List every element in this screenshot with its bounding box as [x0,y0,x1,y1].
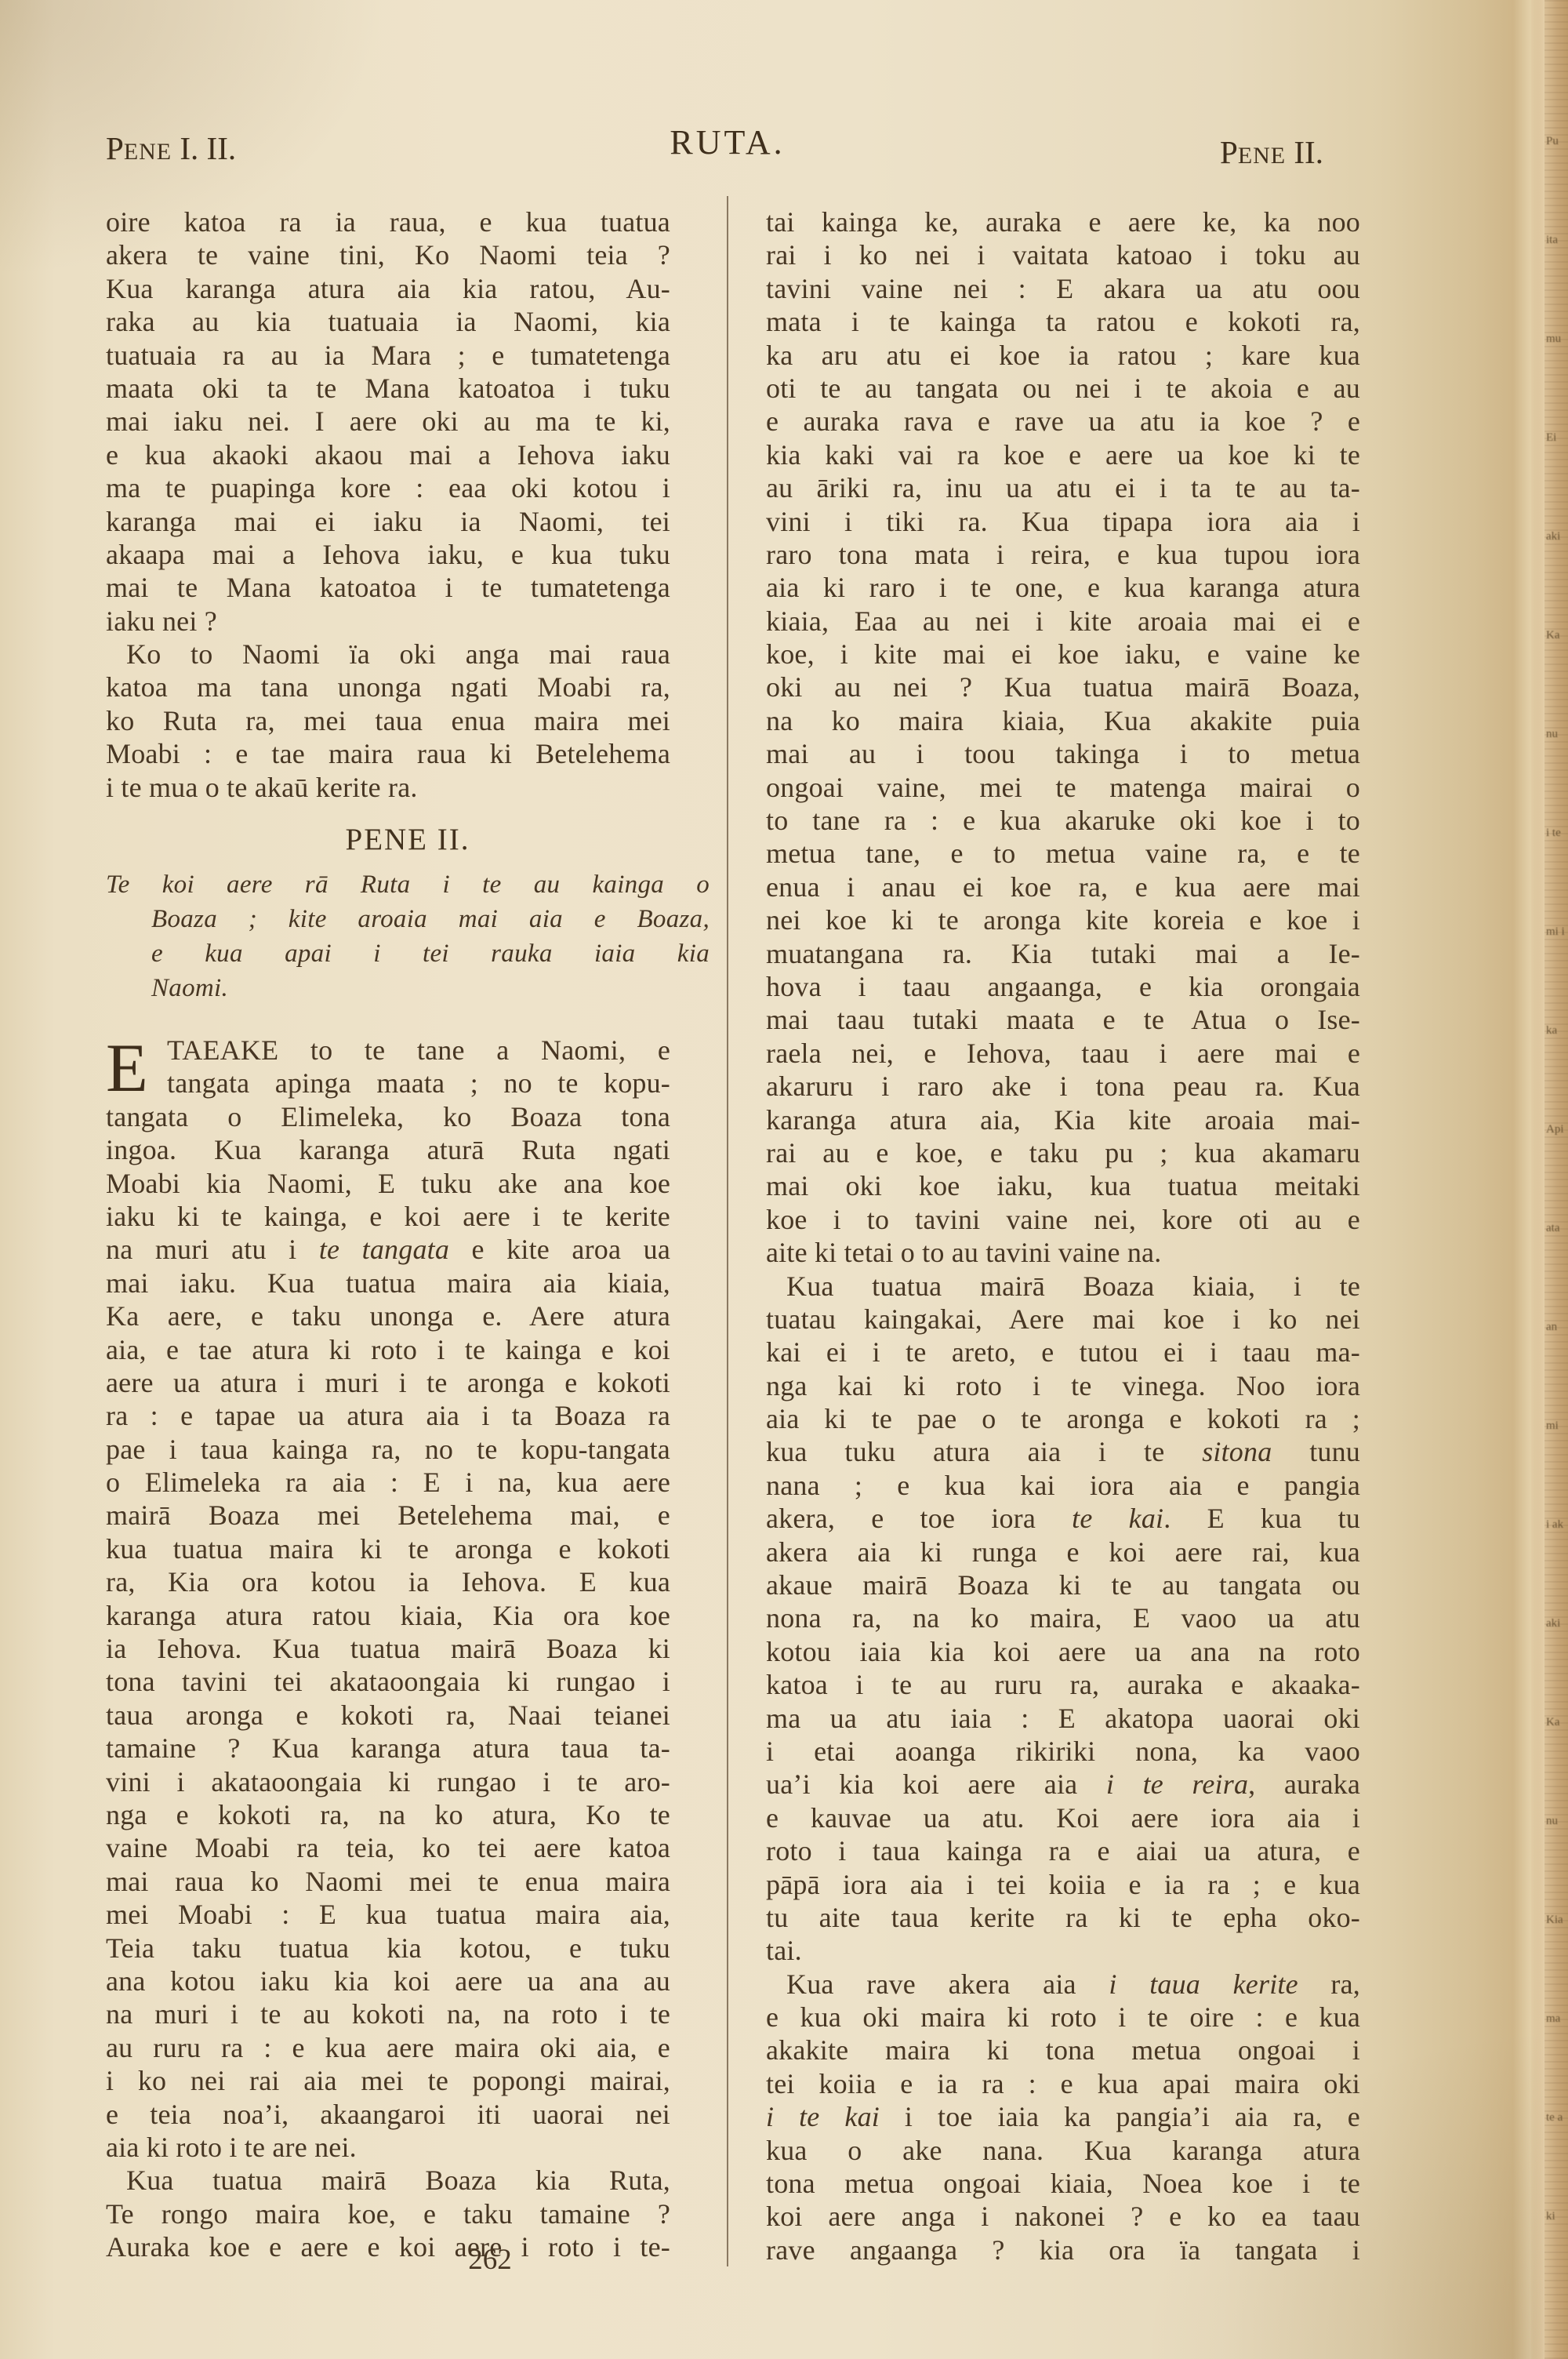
text-run: tona metua ongoai kiaia, Noea koe i te [766,2168,1360,2199]
text-run: mai taau tutaki maata e te Atua o Ise- [766,1004,1360,1035]
text-line: Kua rave akera aia i taua kerite ra,18 [766,1968,1360,2001]
text-line: oki au nei ? Kua tuatua mairā Boaza,11 [766,671,1360,703]
chapter-heading: PENE II. [106,822,710,857]
text-line: aere ua atura i muri i te aronga e kokot… [106,1366,670,1399]
text-line: nga e kokoti ra, na ko atura, Ko te [106,1798,670,1831]
text-run: to tane ra : e kua akaruke oki koe i to [766,805,1360,836]
italic-text: te tangata [319,1234,449,1265]
text-line: roto i taua kainga ra e aiai ua atura, e [766,1834,1360,1867]
text-run: Kua tuatua mairā Boaza kia Ruta, [126,2165,670,2196]
text-line: Kua tuatua mairā Boaza kia Ruta,8 [106,2164,670,2197]
text-line: ua’i kia koi aere aia i te reira, auraka [766,1768,1360,1801]
text-line: akaruru i raro ake i tona peau ra. Kua13 [766,1070,1360,1103]
book-page: PENE I. II. RUTA. PENE II. oire katoa ra… [0,0,1568,2359]
text-run: tona tavini tei akataoongaia ki rungao i [106,1666,670,1697]
verse-number: 6 [670,1732,670,1765]
page-edge-text-fragment: i te [1546,825,1566,841]
text-line: rave angaanga ? kia ora ïa tangata i [766,2234,1360,2266]
text-run: mai iaku. Kua tuatua maira aia kiaia, [106,1267,670,1299]
text-run: TAEAKE to te tane a Naomi, e [167,1034,670,1066]
text-run: ka aru atu ei koe ia ratou ; kare kua [766,340,1360,371]
text-run: oki au nei ? Kua tuatua mairā Boaza, [766,671,1360,703]
text-line: e kua apai i tei rauka iaia kia [106,936,710,971]
text-run: au āriki ra, inu ua atu ei i ta te au ta… [766,472,1360,503]
text-line: raro tona mata i reira, e kua tupou iora [766,538,1360,571]
text-run: kua tuatua maira ki te aronga e kokoti [106,1533,670,1565]
text-run: tangata apinga maata ; no te kopu- [167,1067,670,1099]
text-line: rai i ko nei i vaitata katoao i toku au [766,238,1360,271]
text-run: nei koe ki te aronga kite koreia e koe i [766,904,1360,936]
text-line: aia ki roto i te are nei. [106,2131,670,2164]
text-run: ana kotou iaku kia koi aere ua ana au [106,1965,670,1997]
text-line: Te rongo maira koe, e taku tamaine ? [106,2197,670,2230]
verse-number: 20 [670,272,670,305]
text-line: mai iaku. Kua tuatua maira aia kiaia, [106,1267,670,1299]
verse-number: 1 [670,1034,670,1067]
text-line: tona tavini tei akataoongaia ki rungao i [106,1665,670,1698]
text-line: enua i anau ei koe ra, e kua aere mai [766,871,1360,903]
text-run: mei Moabi : E kua tuatua maira aia, [106,1899,670,1930]
text-run: ra, Kia ora kotou ia Iehova. E kua [106,1566,670,1598]
text-line: aite ki tetai o to au tavini vaine na. [766,1236,1360,1269]
text-line: Ko to Naomi ïa oki anga mai raua22 [106,638,670,671]
chapter-summary-italic: Te koi aere rā Ruta i te au kainga oBoaz… [106,867,710,1005]
text-run: karanga atura aia, Kia kite aroaia mai- [766,1104,1360,1136]
text-run: oire katoa ra ia raua, e kua tuatua [106,206,670,238]
text-line: na ko maira kiaia, Kua akakite puia [766,704,1360,737]
text-run: nga kai ki roto i te vinega. Noo iora [766,1370,1360,1401]
verse-number: 22 [670,638,670,671]
text-line: koi aere anga i nakonei ? e ko ea taau [766,2200,1360,2233]
text-run: karanga atura ratou kiaia, Kia ora koe [106,1600,670,1631]
running-head-left: PENE I. II. [106,129,236,167]
running-head-right-chapters: II. [1286,134,1323,170]
text-run: Te rongo maira koe, e taku tamaine ? [106,2198,670,2230]
page-edge-text-fragment: mu [1546,331,1566,347]
text-line: vaine Moabi ra teia, ko tei aere katoa [106,1831,670,1864]
text-run: oti te au tangata ou nei i te akoia e au [766,373,1360,404]
text-run: mai te Mana katoatoa i te tumatetenga [106,572,670,603]
text-line: tuatuaia ra au ia Mara ; e tumatetenga [106,339,670,372]
text-line: akera aia ki runga e koi aere rai, kua [766,1536,1360,1568]
text-line: iaku nei ? [106,605,670,638]
page-edge-text-fragment: an [1546,1319,1566,1335]
page-edge-text-fragment: aki [1546,529,1566,544]
text-run: akaruru i raro ake i tona peau ra. Kua [766,1070,1360,1102]
text-run: koe i to tavini vaine nei, kore oti au e [766,1204,1360,1235]
text-line: katoa i te au ruru ra, auraka e akaaka- [766,1668,1360,1701]
verse-number: 4 [670,1466,670,1499]
text-line: tangata o Elimeleka, ko Boaza tona [106,1100,670,1133]
text-run: mairā Boaza mei Betelehema mai, e [106,1499,670,1531]
page-edge-text-fragment: i ak [1546,1517,1566,1532]
text-run: e kua apai i tei rauka iaia kia [151,940,710,968]
text-run: nona ra, na ko maira, E vaoo ua atu [766,1602,1360,1634]
italic-text: sitona [1202,1436,1272,1467]
text-line: kua tuatua maira ki te aronga e kokoti [106,1532,670,1565]
text-line: akaue mairā Boaza ki te au tangata ou [766,1568,1360,1601]
left-column-chapter2-text: TAEAKE to te tane a Naomi, e1tangata api… [106,1034,670,2263]
text-run: e teia noa’i, akaangaroi iti uaorai nei [106,2099,670,2130]
text-line: ana kotou iaku kia koi aere ua ana au [106,1965,670,1997]
text-run: muatangana ra. Kia tutaki mai a Ie- [766,938,1360,969]
page-edge-text-fragment: mi [1546,1418,1566,1434]
page-edge-text-fragment: Api [1546,1121,1566,1137]
text-line: katoa ma tana unonga ngati Moabi ra, [106,671,670,703]
text-run: ra : e tapae ua atura aia i ta Boaza ra [106,1400,670,1431]
text-line: akera, e toe iora te kai. E kua tu15 [766,1502,1360,1535]
page-edge-text-fragment: nu [1546,1813,1566,1829]
text-run: rai au e koe, e taku pu ; kua akamaru [766,1137,1360,1169]
text-run: akaue mairā Boaza ki te au tangata ou [766,1569,1360,1601]
text-run: au ruru ra : e kua aere maira oki aia, e [106,2032,670,2063]
text-line: rai au e koe, e taku pu ; kua akamaru [766,1136,1360,1169]
text-run: tunu [1272,1436,1360,1467]
text-run: kotou iaia kia koi aere ua ana na roto [766,1636,1360,1667]
text-run: akera aia ki runga e koi aere rai, kua [766,1536,1360,1568]
text-line: mai taau tutaki maata e te Atua o Ise- [766,1003,1360,1036]
text-run: mai iaku nei. I aere oki au ma te ki, [106,405,670,437]
page-edge-text-fragment: Ka [1546,1714,1566,1730]
text-line: e kua akaoki akaou mai a Iehova iaku [106,438,670,471]
text-line: na muri atu i te tangata e kite aroa ua [106,1233,670,1266]
text-line: nei koe ki te aronga kite koreia e koe i [766,903,1360,936]
text-line: karanga atura aia, Kia kite aroaia mai- [766,1103,1360,1136]
text-run: koe, i kite mai ei koe iaku, e vaine ke [766,638,1360,670]
text-line: aia, e tae atura ki roto i te kainga e k… [106,1333,670,1366]
running-head-left-initial: P [106,130,124,166]
verse-number: 5 [670,1632,670,1665]
text-run: tu aite taua kerite ra ki te epha oko- [766,1902,1360,1933]
page-edge-text-fragment: Ei [1546,430,1566,445]
text-line: kai ei i te areto, e tutou ei i taau ma- [766,1336,1360,1369]
text-line: akakite maira ki tona metua ongoai i [766,2034,1360,2066]
text-line: pae i taua kainga ra, no te kopu-tangata [106,1433,670,1466]
text-line: i ko nei rai aia mei te popongi mairai, [106,2064,670,2097]
verse-number: 8 [670,2164,670,2197]
text-run: Kua karanga atura aia kia ratou, Au- [106,273,670,304]
text-line: vini i akataoongaia ki rungao i te aro- [106,1765,670,1798]
text-run: na muri i te au kokoti na, na roto i te [106,1998,670,2030]
text-run: e kauvae ua atu. Koi aere iora aia i [766,1802,1360,1834]
text-run: koi aere anga i nakonei ? e ko ea taau [766,2201,1360,2232]
text-run: kua o ake nana. Kua karanga atura [766,2135,1360,2166]
text-line: kiaia, Eaa au nei i kite aroaia mai ei e [766,605,1360,638]
verse-number: 21 [670,405,670,438]
page-edge-text-fragment: ita [1546,232,1566,248]
text-run: ia Iehova. Kua tuatua mairā Boaza ki [106,1633,670,1664]
text-run: , auraka [1248,1768,1360,1800]
text-line: Moabi kia Naomi, E tuku ake ana koe [106,1167,670,1200]
text-line: hova i taau angaanga, e kia orongaia [766,970,1360,1003]
text-line: oti te au tangata ou nei i te akoia e au [766,372,1360,405]
text-run: i toe iaia ka pangia’i aia ra, e [880,2101,1360,2132]
text-run: Te koi aere rā Ruta i te au kainga o [106,871,710,899]
text-run: katoa ma tana unonga ngati Moabi ra, [106,671,670,703]
text-run: kua tuku atura aia i te [766,1436,1202,1467]
text-run: na ko maira kiaia, Kua akakite puia [766,705,1360,736]
text-line: mai iaku nei. I aere oki au ma te ki,21 [106,405,670,438]
text-line: aia ki te pae o te aronga e kokoti ra ; [766,1402,1360,1435]
text-run: o Elimeleka ra aia : E i na, kua aere [106,1467,670,1498]
text-run: i etai aoanga rikiriki nona, ka vaoo [766,1736,1360,1767]
right-column-text: tai kainga ke, auraka e aere ke, ka noor… [766,205,1360,2266]
italic-text: i taua kerite [1109,1968,1298,2000]
text-line: kotou iaia kia koi aere ua ana na roto [766,1635,1360,1668]
text-line: i te mua o te akaū kerite ra. [106,771,670,804]
text-run: akera te vaine tini, Ko Naomi teia ? [106,239,670,271]
text-line: mata i te kainga ta ratou e kokoti ra, [766,305,1360,338]
text-line: Te koi aere rā Ruta i te au kainga o [106,867,710,902]
text-line: TAEAKE to te tane a Naomi, e1 [106,1034,670,1067]
text-line: e kauvae ua atu. Koi aere iora aia i17 [766,1801,1360,1834]
text-line: tona metua ongoai kiaia, Noea koe i te [766,2167,1360,2200]
text-line: mai au i toou takinga i to metua [766,737,1360,770]
text-run: akaapa mai a Iehova iaku, e kua tuku [106,539,670,570]
text-line: Ka aere, e taku unonga e. Aere atura3 [106,1299,670,1332]
text-run: Teia taku tuatua kia kotou, e tuku [106,1932,670,1964]
text-run: ma ua atu iaia : E akatopa uaorai oki [766,1703,1360,1734]
text-run: i ko nei rai aia mei te popongi mairai, [106,2065,670,2096]
text-line: vini i tiki ra. Kua tipapa iora aia i10 [766,505,1360,538]
text-run: aia ki te pae o te aronga e kokoti ra ; [766,1403,1360,1434]
page-edge-text-fragment: ki [1546,2208,1566,2224]
text-line: iaku ki te kainga, e koi aere i te kerit… [106,1200,670,1233]
text-line: na muri i te au kokoti na, na roto i te [106,1997,670,2030]
page-edge-text-fragment: mi i [1546,924,1566,940]
text-run: mai raua ko Naomi mei te enua maira [106,1866,670,1897]
text-line: e teia noa’i, akaangaroi iti uaorai nei [106,2098,670,2131]
text-line: Teia taku tuatua kia kotou, e tuku [106,1932,670,1965]
running-head-right: PENE II. [1220,133,1323,171]
text-run: nga e kokoti ra, na ko atura, Ko te [106,1799,670,1830]
text-line: tei koiia e ia ra : e kua apai maira oki [766,2067,1360,2100]
text-run: vini i akataoongaia ki rungao i te aro- [106,1766,670,1797]
text-line: muatangana ra. Kia tutaki mai a Ie-12 [766,937,1360,970]
text-run: raro tona mata i reira, e kua tupou iora [766,539,1360,570]
text-run: vini i tiki ra. Kua tipapa iora aia i [766,506,1360,537]
text-line: oire katoa ra ia raua, e kua tuatua [106,205,670,238]
text-run: aia, e tae atura ki roto i te kainga e k… [106,1334,670,1365]
text-line: ko Ruta ra, mei taua enua maira mei [106,704,670,737]
text-line: aia ki raro i te one, e kua karanga atur… [766,571,1360,604]
text-run: ko Ruta ra, mei taua enua maira mei [106,705,670,736]
text-line: raela nei, e Iehova, taau i aere mai e [766,1037,1360,1070]
text-line: Kua karanga atura aia kia ratou, Au-20 [106,272,670,305]
text-line: raka au kia tuatuaia ia Naomi, kia [106,305,670,338]
text-run: raka au kia tuatuaia ia Naomi, kia [106,306,670,337]
text-line: ka aru atu ei koe ia ratou ; kare kua [766,339,1360,372]
text-line: e auraka rava e rave ua atu ia koe ? e [766,405,1360,438]
text-line: tai. [766,1934,1360,1967]
text-run: kia kaki vai ra koe e aere ua koe ki te [766,439,1360,471]
page-edge-text-fragment: ata [1546,1220,1566,1236]
text-run: iaku ki te kainga, e koi aere i te kerit… [106,1201,670,1232]
running-head-right-smallcaps: ENE [1238,143,1286,169]
page-edge-text-fragment: nu [1546,726,1566,742]
text-line: Moabi : e tae maira raua ki Betelehema [106,737,670,770]
text-line: Auraka koe e aere e koi aere i roto i te… [106,2230,670,2263]
text-run: akera, e toe iora [766,1503,1072,1534]
text-run: Kua rave akera aia [786,1968,1109,2000]
text-run: maata oki ta te Mana katoatoa i tuku [106,373,670,404]
text-line: ongoai vaine, mei te matenga mairai o [766,771,1360,804]
page-fold-highlight [1532,0,1544,2359]
verse-number: 3 [670,1299,670,1332]
text-run: . E kua tu [1163,1503,1360,1534]
text-run: vaine Moabi ra teia, ko tei aere katoa [106,1832,670,1863]
text-line: kia kaki vai ra koe e aere ua koe ki te [766,438,1360,471]
page-edge-text-fragment: Ka [1546,627,1566,643]
text-run: ingoa. Kua karanga aturā Ruta ngati [106,1134,670,1165]
page-edge-text-fragment: aki [1546,1616,1566,1631]
text-run: Ko to Naomi ïa oki anga mai raua [126,638,670,670]
text-run: nana ; e kua kai iora aia e pangia [766,1470,1360,1501]
text-run: rai i ko nei i vaitata katoao i toku au [766,239,1360,271]
text-run: hova i taau angaanga, e kia orongaia [766,971,1360,1002]
page-number: 262 [431,2243,549,2277]
page-edge-text-fragment: te a [1546,2110,1566,2125]
italic-text: i te kai [766,2101,880,2132]
text-line: kua tuku atura aia i te sitona tunu [766,1435,1360,1468]
text-line: i etai aoanga rikiriki nona, ka vaoo [766,1735,1360,1768]
text-line: ingoa. Kua karanga aturā Ruta ngati2 [106,1133,670,1166]
verse-number: 2 [670,1133,670,1166]
running-head-right-initial: P [1220,134,1238,170]
text-line: pāpā iora aia i tei koiia e ia ra ; e ku… [766,1868,1360,1901]
text-line: to tane ra : e kua akaruke oki koe i to [766,804,1360,837]
text-run: ra, [1298,1968,1360,2000]
text-line: ia Iehova. Kua tuatua mairā Boaza ki5 [106,1632,670,1665]
text-run: aia ki roto i te are nei. [106,2132,357,2163]
text-line: e kua oki maira ki roto i te oire : e ku… [766,2001,1360,2034]
text-run: Auraka koe e aere e koi aere i roto i te… [106,2231,670,2263]
text-run: Naomi. [151,974,228,1002]
text-run: e kua akaoki akaou mai a Iehova iaku [106,439,670,471]
text-run: na muri atu i [106,1234,319,1265]
text-line: mai te Mana katoatoa i te tumatetenga [106,571,670,604]
text-run: mata i te kainga ta ratou e kokoti ra, [766,306,1360,337]
text-run: kai ei i te areto, e tutou ei i taau ma- [766,1336,1360,1368]
text-line: ra, Kia ora kotou ia Iehova. E kua [106,1565,670,1598]
text-line: o Elimeleka ra aia : E i na, kua aere4 [106,1466,670,1499]
text-run: tamaine ? Kua karanga atura taua ta- [106,1732,670,1764]
text-run: tai kainga ke, auraka e aere ke, ka noo [766,206,1360,238]
text-run: e auraka rava e rave ua atu ia koe ? e [766,405,1360,437]
text-run: ma te puapinga kore : eaa oki kotou i [106,472,670,503]
page-edge-text-fragment: ka [1546,1023,1566,1038]
page-edge-text-fragment: ma [1546,2011,1566,2026]
text-line: Boaza ; kite aroaia mai aia e Boaza, [106,902,710,936]
running-head-left-chapters: I. II. [172,130,236,166]
text-line: maata oki ta te Mana katoatoa i tuku [106,372,670,405]
text-run: pāpā iora aia i tei koiia e ia ra ; e ku… [766,1869,1360,1900]
text-run: kiaia, Eaa au nei i kite aroaia mai ei e [766,605,1360,637]
text-run: karanga mai ei iaku ia Naomi, tei [106,506,670,537]
text-line: ra : e tapae ua atura aia i ta Boaza ra [106,1399,670,1432]
text-run: Kua tuatua mairā Boaza kiaia, i te [786,1270,1360,1302]
book-fore-edge: PuitamuEiakiKanui temi ikaApiataanmii ak… [1544,0,1568,2359]
text-run: pae i taua kainga ra, no te kopu-tangata [106,1434,670,1465]
text-run: enua i anau ei koe ra, e kua aere mai [766,871,1360,903]
text-run: aite ki tetai o to au tavini vaine na. [766,1237,1161,1268]
page-edge-text-fragment: Kia [1546,1912,1566,1928]
text-line: nona ra, na ko maira, E vaoo ua atu [766,1601,1360,1634]
text-run: metua tane, e to metua vaine ra, e te [766,838,1360,869]
text-line: taua aronga e kokoti ra, Naai teianei [106,1699,670,1732]
text-run: tuatau kaingakai, Aere mai koe i ko nei [766,1303,1360,1335]
text-line: Kua tuatua mairā Boaza kiaia, i te14 [766,1270,1360,1303]
column-divider-rule [727,196,728,2266]
text-line: tavini vaine nei : E akara ua atu oou9 [766,272,1360,305]
text-run: ua’i kia koi aere aia [766,1768,1106,1800]
verse-number: 7 [670,1898,670,1931]
text-line: au ruru ra : e kua aere maira oki aia, e [106,2031,670,2064]
text-line: koe, i kite mai ei koe iaku, e vaine ke [766,638,1360,671]
text-run: tavini vaine nei : E akara ua atu oou [766,273,1360,304]
text-line: au āriki ra, inu ua atu ei i ta te au ta… [766,471,1360,504]
text-line: tu aite taua kerite ra ki te epha oko- [766,1901,1360,1934]
text-run: mai au i toou takinga i to metua [766,738,1360,769]
text-run: roto i taua kainga ra e aiai ua atura, e [766,1835,1360,1866]
text-line: mai oki koe iaku, kua tuatua meitaki [766,1169,1360,1202]
text-line: karanga atura ratou kiaia, Kia ora koe [106,1599,670,1632]
running-head-left-smallcaps: ENE [124,139,172,165]
text-run: taua aronga e kokoti ra, Naai teianei [106,1699,670,1731]
text-run: katoa i te au ruru ra, auraka e akaaka- [766,1669,1360,1700]
text-line: nana ; e kua kai iora aia e pangia [766,1469,1360,1502]
text-line: mei Moabi : E kua tuatua maira aia,7 [106,1898,670,1931]
text-run: tai. [766,1935,802,1966]
text-run: iaku nei ? [106,605,217,637]
text-line: kua o ake nana. Kua karanga atura19 [766,2134,1360,2167]
text-line: Naomi. [106,971,710,1005]
text-run: akakite maira ki tona metua ongoai i [766,2034,1360,2066]
text-line: tangata apinga maata ; no te kopu- [106,1067,670,1100]
text-line: koe i to tavini vaine nei, kore oti au e [766,1203,1360,1236]
page-edge-text-fragment: Pu [1546,133,1566,149]
text-run: i te mua o te akaū kerite ra. [106,772,418,803]
text-line: metua tane, e to metua vaine ra, e te [766,837,1360,870]
text-line: tai kainga ke, auraka e aere ke, ka noo [766,205,1360,238]
text-line: tuatau kaingakai, Aere mai koe i ko nei [766,1303,1360,1336]
text-run: e kite aroa ua [449,1234,670,1265]
text-line: akera te vaine tini, Ko Naomi teia ? [106,238,670,271]
text-run: aere ua atura i muri i te aronga e kokot… [106,1367,670,1398]
text-run: ongoai vaine, mei te matenga mairai o [766,772,1360,803]
text-line: ma ua atu iaia : E akatopa uaorai oki16 [766,1702,1360,1735]
text-line: i te kai i toe iaia ka pangia’i aia ra, … [766,2100,1360,2133]
text-line: mairā Boaza mei Betelehema mai, e [106,1499,670,1532]
text-run: e kua oki maira ki roto i te oire : e ku… [766,2001,1360,2033]
text-line: ma te puapinga kore : eaa oki kotou i [106,471,670,504]
text-run: mai oki koe iaku, kua tuatua meitaki [766,1170,1360,1201]
text-run: tuatuaia ra au ia Mara ; e tumatetenga [106,340,670,371]
left-column-chapter1-text: oire katoa ra ia raua, e kua tuatuaakera… [106,205,670,804]
text-line: nga kai ki roto i te vinega. Noo iora [766,1369,1360,1402]
running-head-book-title: RUTA. [649,122,806,162]
text-run: raela nei, e Iehova, taau i aere mai e [766,1038,1360,1069]
text-run: aia ki raro i te one, e kua karanga atur… [766,572,1360,603]
italic-text: te kai [1072,1503,1163,1534]
text-run: tei koiia e ia ra : e kua apai maira oki [766,2068,1360,2099]
text-run: Boaza ; kite aroaia mai aia e Boaza, [151,905,710,933]
text-run: rave angaanga ? kia ora ïa tangata i [766,2234,1360,2266]
text-line: akaapa mai a Iehova iaku, e kua tuku [106,538,670,571]
text-line: tamaine ? Kua karanga atura taua ta-6 [106,1732,670,1765]
italic-text: i te reira [1106,1768,1248,1800]
text-run: Moabi : e tae maira raua ki Betelehema [106,738,670,769]
